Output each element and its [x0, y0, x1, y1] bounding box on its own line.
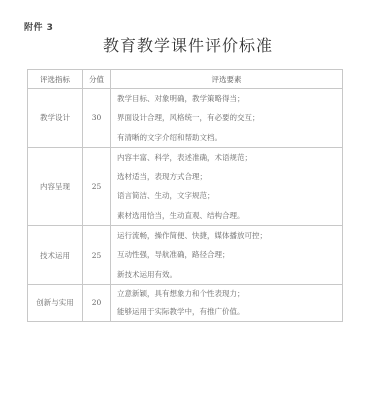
- criteria-line: 能够运用于实际教学中，有推广价值。: [117, 303, 342, 321]
- attachment-label: 附件 3: [24, 20, 53, 33]
- indicator-cell: 技术运用: [28, 226, 83, 285]
- criteria-line: 有清晰的文字介绍和帮助文档。: [117, 128, 342, 147]
- document-title: 教育教学课件评价标准: [0, 33, 376, 56]
- table-row: 技术运用 25 运行流畅，操作简便、快捷，媒体播放可控； 互动性强，导航准确，路…: [28, 226, 343, 285]
- header-score: 分值: [83, 70, 111, 89]
- score-cell: 20: [83, 284, 111, 321]
- criteria-line: 运行流畅，操作简便、快捷，媒体播放可控；: [117, 226, 342, 245]
- criteria-line: 素材选用恰当，生动直观、结构合理。: [117, 206, 342, 225]
- table-row: 创新与实用 20 立意新颖，具有想象力和个性表现力； 能够运用于实际教学中，有推…: [28, 284, 343, 321]
- table-row: 内容呈现 25 内容丰富、科学，表述准确，术语规范； 选材适当，表现方式合理； …: [28, 147, 343, 225]
- table-header-row: 评选指标 分值 评选要素: [28, 70, 343, 89]
- header-criteria: 评选要素: [111, 70, 343, 89]
- criteria-line: 语言简洁、生动，文字规范；: [117, 186, 342, 205]
- criteria-line: 立意新颖，具有想象力和个性表现力；: [117, 285, 342, 303]
- criteria-cell: 运行流畅，操作简便、快捷，媒体播放可控； 互动性强，导航准确，路径合理； 新技术…: [111, 226, 343, 285]
- indicator-cell: 创新与实用: [28, 284, 83, 321]
- indicator-cell: 内容呈现: [28, 147, 83, 225]
- criteria-line: 内容丰富、科学，表述准确，术语规范；: [117, 148, 342, 167]
- score-cell: 30: [83, 89, 111, 148]
- header-indicator: 评选指标: [28, 70, 83, 89]
- criteria-cell: 内容丰富、科学，表述准确，术语规范； 选材适当，表现方式合理； 语言简洁、生动，…: [111, 147, 343, 225]
- criteria-line: 界面设计合理，风格统一，有必要的交互；: [117, 108, 342, 127]
- evaluation-table: 评选指标 分值 评选要素 教学设计 30 教学目标、对象明确，教学策略得当； 界…: [27, 69, 343, 322]
- score-cell: 25: [83, 226, 111, 285]
- criteria-line: 互动性强，导航准确，路径合理；: [117, 245, 342, 264]
- criteria-cell: 教学目标、对象明确，教学策略得当； 界面设计合理，风格统一，有必要的交互； 有清…: [111, 89, 343, 148]
- criteria-cell: 立意新颖，具有想象力和个性表现力； 能够运用于实际教学中，有推广价值。: [111, 284, 343, 321]
- criteria-line: 新技术运用有效。: [117, 265, 342, 284]
- criteria-line: 教学目标、对象明确，教学策略得当；: [117, 89, 342, 108]
- indicator-cell: 教学设计: [28, 89, 83, 148]
- score-cell: 25: [83, 147, 111, 225]
- criteria-line: 选材适当，表现方式合理；: [117, 167, 342, 186]
- table-row: 教学设计 30 教学目标、对象明确，教学策略得当； 界面设计合理，风格统一，有必…: [28, 89, 343, 148]
